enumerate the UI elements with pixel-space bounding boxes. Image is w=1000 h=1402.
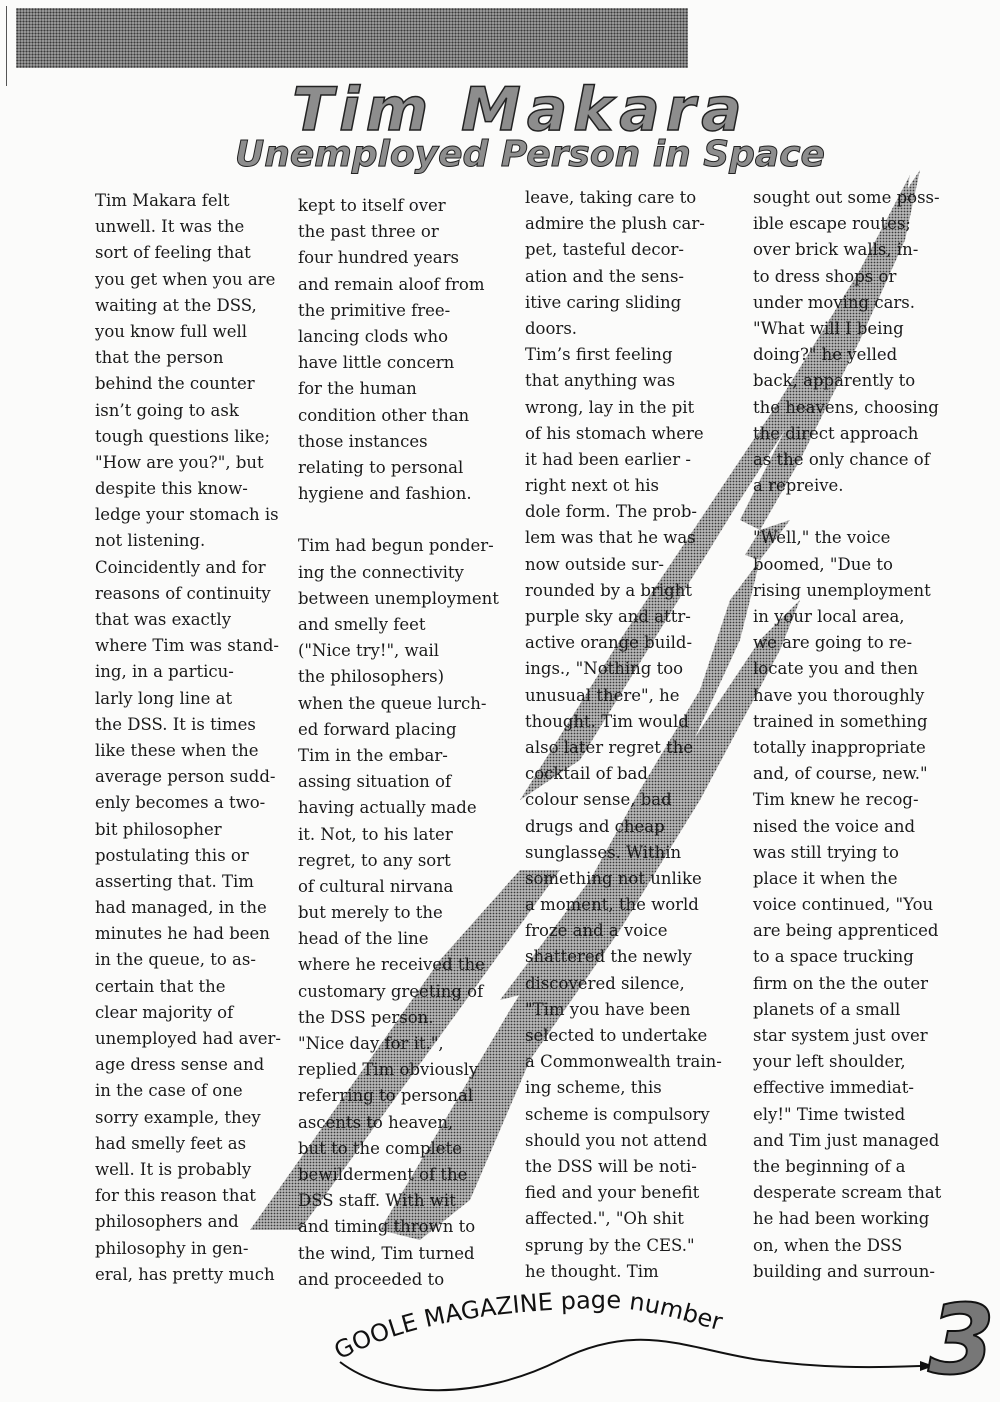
text-line: the primitive free-: [298, 298, 499, 324]
text-line: planets of a small: [753, 997, 941, 1023]
text-line: for the human: [298, 376, 499, 402]
text-line: sprung by the CES.": [525, 1233, 722, 1259]
text-line: for this reason that: [95, 1183, 281, 1209]
text-line: in the queue, to as-: [95, 947, 281, 973]
text-line: well. It is probably: [95, 1157, 281, 1183]
text-line: "Nice day for it.",: [298, 1031, 499, 1057]
text-line: not listening.: [95, 528, 281, 554]
text-line: a moment, the world: [525, 892, 722, 918]
text-line: in the case of one: [95, 1078, 281, 1104]
text-line: like these when the: [95, 738, 281, 764]
text-line: eral, has pretty much: [95, 1262, 281, 1288]
text-line: ely!" Time twisted: [753, 1102, 941, 1128]
footer-wave-banner: GOOLE MAGAZINE page number: [330, 1290, 990, 1400]
text-line: average person sudd-: [95, 764, 281, 790]
text-line: ings., "Nothing too: [525, 656, 722, 682]
text-line: Tim’s first feeling: [525, 342, 722, 368]
text-line: assing situation of: [298, 769, 499, 795]
halftone-header-bar: [16, 8, 688, 68]
text-line: right next ot his: [525, 473, 722, 499]
text-line: to dress shops or: [753, 264, 941, 290]
text-line: postulating this or: [95, 843, 281, 869]
text-line: now outside sur-: [525, 552, 722, 578]
text-line: but merely to the: [298, 900, 499, 926]
text-line: "How are you?", but: [95, 450, 281, 476]
text-line: Tim knew he recog-: [753, 787, 941, 813]
text-line: lancing clods who: [298, 324, 499, 350]
text-line: over brick walls, in-: [753, 237, 941, 263]
text-line: colour sense, bad: [525, 787, 722, 813]
text-line: on, when the DSS: [753, 1233, 941, 1259]
text-line: the DSS person.: [298, 1005, 499, 1031]
text-line: Tim had begun ponder-: [298, 533, 499, 559]
text-line: the past three or: [298, 219, 499, 245]
text-line: scheme is compulsory: [525, 1102, 722, 1128]
text-line: DSS staff. With wit: [298, 1188, 499, 1214]
text-line: waiting at the DSS,: [95, 293, 281, 319]
text-line: star system just over: [753, 1023, 941, 1049]
text-line: building and surroun-: [753, 1259, 941, 1285]
text-line: boomed, "Due to: [753, 552, 941, 578]
text-line: dole form. The prob-: [525, 499, 722, 525]
text-line: it had been earlier -: [525, 447, 722, 473]
text-line: regret, to any sort: [298, 848, 499, 874]
text-line: ible escape routes;: [753, 211, 941, 237]
text-line: to a space trucking: [753, 944, 941, 970]
text-line: active orange build-: [525, 630, 722, 656]
text-line: when the queue lurch-: [298, 691, 499, 717]
text-line: have little concern: [298, 350, 499, 376]
text-line: rounded by a bright: [525, 578, 722, 604]
text-line: unemployed had aver-: [95, 1026, 281, 1052]
text-line: doors.: [525, 316, 722, 342]
svg-text:GOOLE MAGAZINE page number: GOOLE MAGAZINE page number: [330, 1290, 726, 1365]
text-line: voice continued, "You: [753, 892, 941, 918]
text-line: and timing thrown to: [298, 1214, 499, 1240]
text-line: that was exactly: [95, 607, 281, 633]
text-line: admire the plush car-: [525, 211, 722, 237]
text-line: philosophers and: [95, 1209, 281, 1235]
text-line: sunglasses. Within: [525, 840, 722, 866]
text-line: condition other than: [298, 403, 499, 429]
text-line: sorry example, they: [95, 1105, 281, 1131]
text-line: he thought. Tim: [525, 1259, 722, 1285]
text-line: the philosophers): [298, 664, 499, 690]
text-line: of cultural nirvana: [298, 874, 499, 900]
text-line: place it when the: [753, 866, 941, 892]
article-title: Tim Makara: [0, 80, 1000, 140]
text-line: had smelly feet as: [95, 1131, 281, 1157]
text-line: affected.", "Oh shit: [525, 1206, 722, 1232]
text-line: Coincidently and for: [95, 555, 281, 581]
text-line: and, of course, new.": [753, 761, 941, 787]
text-line: effective immediat-: [753, 1075, 941, 1101]
text-line: the wind, Tim turned: [298, 1241, 499, 1267]
text-line: as the only chance of: [753, 447, 941, 473]
text-line: totally inappropriate: [753, 735, 941, 761]
text-line: between unemployment: [298, 586, 499, 612]
text-line: head of the line: [298, 926, 499, 952]
magazine-label: GOOLE MAGAZINE page number: [330, 1290, 726, 1365]
text-line: isn’t going to ask: [95, 398, 281, 424]
text-line: despite this know-: [95, 476, 281, 502]
text-line: the DSS will be noti-: [525, 1154, 722, 1180]
text-line: discovered silence,: [525, 971, 722, 997]
text-line: ed forward placing: [298, 717, 499, 743]
text-line: also later regret the: [525, 735, 722, 761]
text-line: Tim in the embar-: [298, 743, 499, 769]
text-line: nised the voice and: [753, 814, 941, 840]
text-line: drugs and cheap: [525, 814, 722, 840]
text-line: ing, in a particu-: [95, 659, 281, 685]
text-line: you get when you are: [95, 267, 281, 293]
page-margin-rule: [6, 6, 7, 86]
text-line: the direct approach: [753, 421, 941, 447]
text-line: where Tim was stand-: [95, 633, 281, 659]
text-line: kept to itself over: [298, 193, 499, 219]
text-line: froze and a voice: [525, 918, 722, 944]
text-line: back, apparently to: [753, 368, 941, 394]
text-line: ledge your stomach is: [95, 502, 281, 528]
text-line: ("Nice try!", wail: [298, 638, 499, 664]
text-line: you know full well: [95, 319, 281, 345]
text-line: something not unlike: [525, 866, 722, 892]
text-line: was still trying to: [753, 840, 941, 866]
text-line: "Well," the voice: [753, 525, 941, 551]
text-line: desperate scream that: [753, 1180, 941, 1206]
text-line: rising unemployment: [753, 578, 941, 604]
text-line: having actually made: [298, 795, 499, 821]
text-line: unwell. It was the: [95, 214, 281, 240]
article-column-3: leave, taking care toadmire the plush ca…: [525, 185, 722, 1285]
text-line: a Commonwealth train-: [525, 1049, 722, 1075]
text-line: of his stomach where: [525, 421, 722, 447]
text-line: trained in something: [753, 709, 941, 735]
text-line: reasons of continuity: [95, 581, 281, 607]
text-line: sought out some poss-: [753, 185, 941, 211]
text-line: bit philosopher: [95, 817, 281, 843]
text-line: shattered the newly: [525, 944, 722, 970]
text-line: and proceeded to: [298, 1267, 499, 1293]
text-line: it. Not, to his later: [298, 822, 499, 848]
text-line: selected to undertake: [525, 1023, 722, 1049]
text-line: where he received the: [298, 952, 499, 978]
text-line: a repreive.: [753, 473, 941, 499]
text-line: behind the counter: [95, 371, 281, 397]
text-line: "What will I being: [753, 316, 941, 342]
text-line: clear majority of: [95, 1000, 281, 1026]
text-line: philosophy in gen-: [95, 1236, 281, 1262]
text-line: he had been working: [753, 1206, 941, 1232]
text-line: leave, taking care to: [525, 185, 722, 211]
text-line: firm on the the outer: [753, 971, 941, 997]
text-line: should you not attend: [525, 1128, 722, 1154]
text-line: under moving cars.: [753, 290, 941, 316]
text-line: sort of feeling that: [95, 240, 281, 266]
text-line: four hundred years: [298, 245, 499, 271]
text-line: certain that the: [95, 974, 281, 1000]
text-line: are being apprenticed: [753, 918, 941, 944]
text-line: purple sky and attr-: [525, 604, 722, 630]
text-line: locate you and then: [753, 656, 941, 682]
text-line: "Tim you have been: [525, 997, 722, 1023]
text-line: have you thoroughly: [753, 683, 941, 709]
article-column-4: sought out some poss-ible escape routes;…: [753, 185, 941, 1285]
text-line: replied Tim obviously: [298, 1057, 499, 1083]
text-line: your left shoulder,: [753, 1049, 941, 1075]
text-line: wrong, lay in the pit: [525, 395, 722, 421]
article-subtitle: Unemployed Person in Space: [0, 135, 1000, 175]
text-line: thought. Tim would: [525, 709, 722, 735]
text-line: itive caring sliding: [525, 290, 722, 316]
text-line: had managed, in the: [95, 895, 281, 921]
text-line: relating to personal: [298, 455, 499, 481]
text-line: ing the connectivity: [298, 560, 499, 586]
text-line: but to the complete: [298, 1136, 499, 1162]
text-line: larly long line at: [95, 686, 281, 712]
text-line: tough questions like;: [95, 424, 281, 450]
text-line: the beginning of a: [753, 1154, 941, 1180]
text-line: ing scheme, this: [525, 1075, 722, 1101]
text-line: that anything was: [525, 368, 722, 394]
text-line: those instances: [298, 429, 499, 455]
text-line: Tim Makara felt: [95, 188, 281, 214]
text-line: age dress sense and: [95, 1052, 281, 1078]
text-line: cocktail of bad: [525, 761, 722, 787]
text-line: doing?" he yelled: [753, 342, 941, 368]
text-line: in your local area,: [753, 604, 941, 630]
text-line: and smelly feet: [298, 612, 499, 638]
article-column-2: kept to itself overthe past three orfour…: [298, 193, 499, 1293]
text-line: we are going to re-: [753, 630, 941, 656]
text-line: ation and the sens-: [525, 264, 722, 290]
text-line: referring to personal: [298, 1083, 499, 1109]
text-line: lem was that he was: [525, 525, 722, 551]
text-line: customary greeting of: [298, 979, 499, 1005]
text-line: unusual there", he: [525, 683, 722, 709]
text-line: that the person: [95, 345, 281, 371]
text-line: and remain aloof from: [298, 272, 499, 298]
text-line: asserting that. Tim: [95, 869, 281, 895]
text-line: fied and your benefit: [525, 1180, 722, 1206]
text-line: pet, tasteful decor-: [525, 237, 722, 263]
article-column-1: Tim Makara feltunwell. It was thesort of…: [95, 188, 281, 1288]
text-line: the DSS. It is times: [95, 712, 281, 738]
text-line: the heavens, choosing: [753, 395, 941, 421]
text-line: enly becomes a two-: [95, 790, 281, 816]
paragraph-gap: [753, 499, 941, 525]
text-line: ascents to heaven,: [298, 1110, 499, 1136]
text-line: bewilderment of the: [298, 1162, 499, 1188]
text-line: hygiene and fashion.: [298, 481, 499, 507]
text-line: and Tim just managed: [753, 1128, 941, 1154]
paragraph-gap: [298, 507, 499, 533]
text-line: minutes he had been: [95, 921, 281, 947]
page-number: 3: [928, 1290, 995, 1390]
